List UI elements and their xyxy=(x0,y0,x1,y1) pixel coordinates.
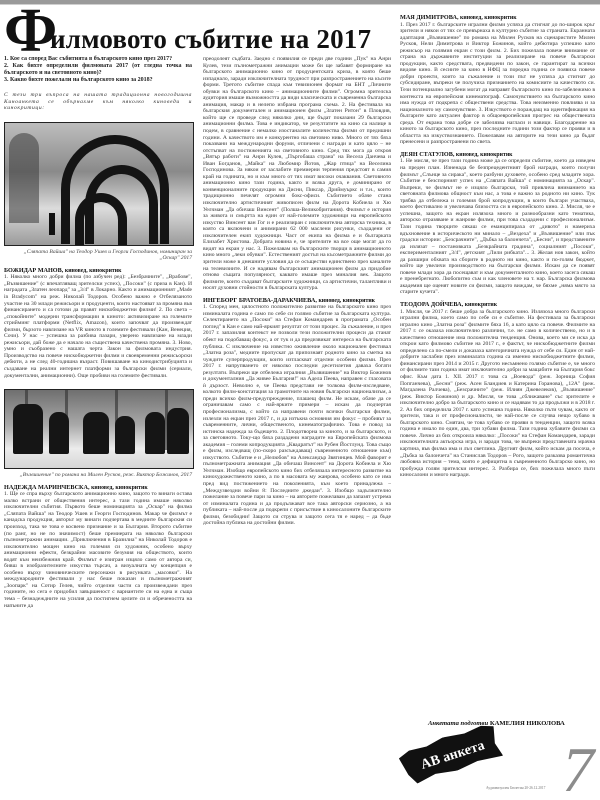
survey-signature: Анкетата подготви КАМЕЛИЯ НИКОЛОВА xyxy=(428,720,565,727)
author-role: кинокритик xyxy=(465,302,497,308)
article-body: 1. Според мен, цялостното положително ра… xyxy=(203,304,391,527)
author-role: киновед, кинокритик xyxy=(456,152,513,158)
author-name: НАДЕЖДА МАРИНЧЕВСКА xyxy=(4,484,88,491)
column-3: МАЯ ДИМИТРОВА, киновед, кинокритик 1. Пр… xyxy=(400,15,595,479)
question-1: 1. Кое са според Вас събитията в българс… xyxy=(4,56,192,63)
photo-caption-1: „Сляпата Вайша" на Теодор Ушев и Георги … xyxy=(4,249,192,262)
title-text: илмовото събитие на 2017 xyxy=(50,24,371,54)
intro-text: С тези три въпроса на нашата традиционна… xyxy=(4,92,192,112)
author-role: киновед, кинокритик xyxy=(318,298,375,304)
author-name: ДЕЯН СТАТУЛОВ xyxy=(400,151,453,158)
page-top-rule xyxy=(0,0,600,5)
imprint-line: Аудиовизуален Бюлетин 20-26.12.2017 xyxy=(486,786,545,790)
photo-caption-2: „Възвишение" по романа на Милен Русков, … xyxy=(4,472,192,479)
article-body: 1. Няколко много добри филма (по азбучен… xyxy=(4,274,192,379)
author-name: ИНГЕБОРГ БРАТОЕВА-ДАРАКЧИЕВА xyxy=(203,297,315,304)
article-body-continued: преодолеят съдбата. Заедно с появилия се… xyxy=(203,56,391,292)
article-body: 1. Ще се спра върху българското анимацио… xyxy=(4,491,192,609)
column-1: 1. Кое са според Вас събитията в българс… xyxy=(4,56,192,609)
article-body: 1. През 2017 г. българските игрални филм… xyxy=(400,22,595,146)
question-2: 2. Как бихте определили филмовата 2017 (… xyxy=(4,63,192,77)
film-still-vazvishenie xyxy=(4,389,194,469)
author-name: ТЕОДОРА ДОЙЧЕВА xyxy=(400,301,462,308)
author-role: киновед, кинокритик xyxy=(460,15,517,21)
question-3: 3. Какво бихте пожелали на българското к… xyxy=(4,77,192,84)
signature-name: КАМЕЛИЯ НИКОЛОВА xyxy=(490,720,565,727)
article-body: 1. Не мисля, че през тази година може да… xyxy=(400,158,595,295)
signature-prefix: Анкетата подготви xyxy=(428,720,488,727)
author-name: БОЖИДАР МАНОВ xyxy=(4,267,62,274)
column-2: преодолеят съдбата. Заедно с появилия се… xyxy=(203,56,391,527)
author-role: киновед, кинокритик xyxy=(91,485,148,491)
author-name: МАЯ ДИМИТРОВА xyxy=(400,14,457,21)
article-body: 1. Мисля, че 2017 г. беше добра за бълга… xyxy=(400,309,595,479)
page-number: 7 xyxy=(562,740,594,800)
page-title: Ф илмовото събитие на 2017 xyxy=(4,6,304,54)
film-still-blind-vaysha xyxy=(4,122,194,246)
author-role: киновед, кинокритик xyxy=(65,268,122,274)
